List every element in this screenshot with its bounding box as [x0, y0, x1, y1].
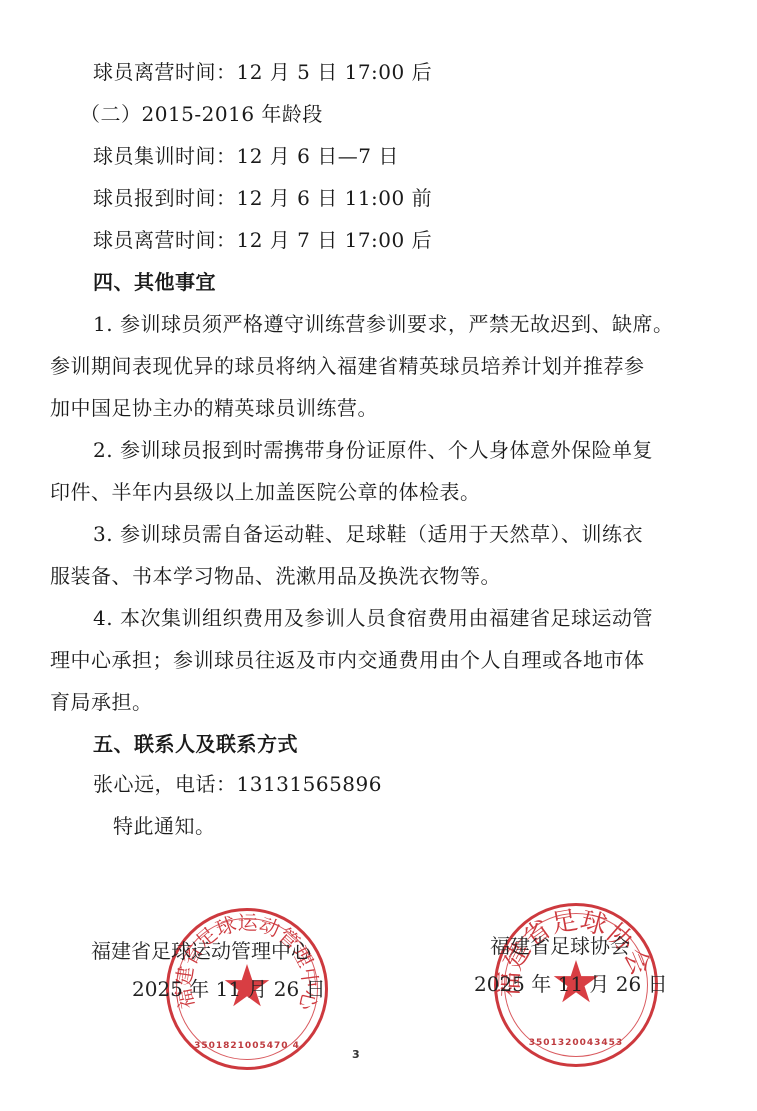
- right-signature-org: 福建省足球协会: [490, 932, 630, 960]
- section-4-title: 四、其他事宜: [93, 268, 216, 296]
- item-3-line-1: 3. 参训球员需自备运动鞋、足球鞋（适用于天然草）、训练衣: [93, 520, 643, 548]
- item-1-line-1: 1. 参训球员须严格遵守训练营参训要求，严禁无故迟到、缺席。: [93, 310, 673, 338]
- item-4-line-2: 理中心承担；参训球员往返及市内交通费用由个人自理或各地市体: [50, 646, 645, 674]
- report-time-line-2: 球员报到时间：12 月 6 日 11:00 前: [93, 184, 432, 212]
- left-signature-org: 福建省足球运动管理中心: [91, 937, 311, 965]
- leave-time-line-1: 球员离营时间：12 月 5 日 17:00 后: [93, 58, 432, 86]
- item-2-line-1: 2. 参训球员报到时需携带身份证原件、个人身体意外保险单复: [93, 436, 653, 464]
- item-1-line-2: 参训期间表现优异的球员将纳入福建省精英球员培养计划并推荐参: [50, 352, 645, 380]
- stamp-code: 3501821005470 4: [169, 1041, 325, 1051]
- contact-line: 张心远，电话：13131565896: [93, 770, 382, 798]
- item-4-line-3: 育局承担。: [50, 688, 153, 716]
- right-signature-date: 2025 年 11 月 26 日: [474, 970, 668, 998]
- item-2-line-2: 印件、半年内县级以上加盖医院公章的体检表。: [50, 478, 481, 506]
- left-signature-date: 2025 年 11 月 26 日: [132, 975, 326, 1003]
- item-4-line-1: 4. 本次集训组织费用及参训人员食宿费用由福建省足球运动管: [93, 604, 653, 632]
- section-5-title: 五、联系人及联系方式: [93, 730, 298, 758]
- item-3-line-2: 服装备、书本学习物品、洗漱用品及换洗衣物等。: [50, 562, 501, 590]
- closing-line: 特此通知。: [113, 812, 216, 840]
- training-time-line-2: 球员集训时间：12 月 6 日—7 日: [93, 142, 399, 170]
- age-group-heading-2: （二）2015-2016 年龄段: [80, 100, 323, 128]
- stamp-code: 3501320043453: [497, 1038, 655, 1048]
- page-number: 3: [352, 1048, 360, 1061]
- leave-time-line-2: 球员离营时间：12 月 7 日 17:00 后: [93, 226, 432, 254]
- item-1-line-3: 加中国足协主办的精英球员训练营。: [50, 394, 378, 422]
